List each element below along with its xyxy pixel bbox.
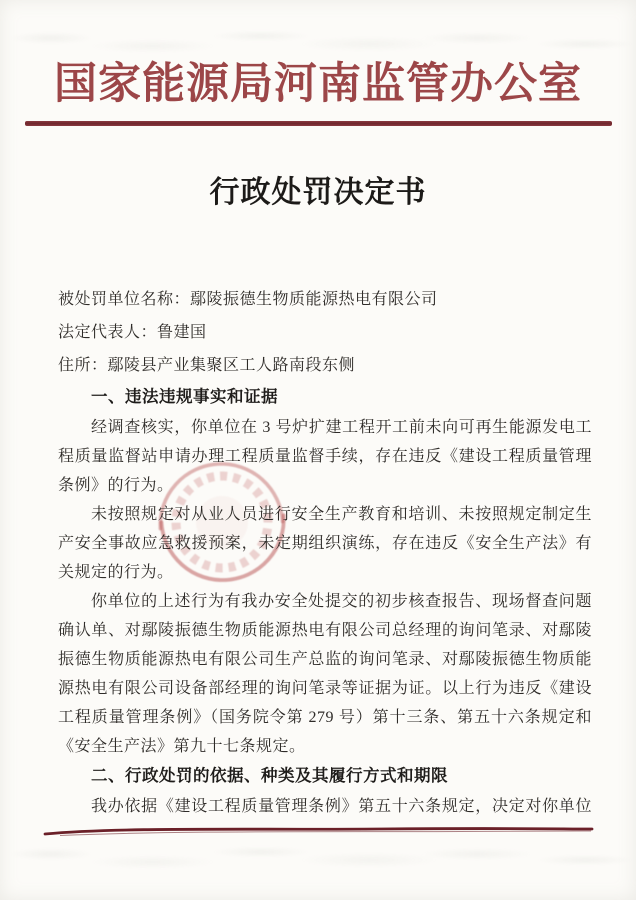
issuing-office-header: 国家能源局河南监管办公室: [0, 60, 636, 110]
document-line: 《安全生产法》第九十七条规定。: [58, 732, 592, 761]
red-header-rule: [25, 121, 612, 126]
document-line: 源热电有限公司设备部经理的询问笔录等证据为证。以上行为违反《建设: [58, 674, 592, 703]
footer-red-rule: [0, 822, 636, 838]
document-title: 行政处罚决定书: [0, 176, 636, 210]
document-body: 被处罚单位名称：鄢陵振德生物质能源热电有限公司法定代表人：鲁建国住所：鄢陵县产业…: [58, 283, 592, 821]
scan-bleedthrough-top: [0, 22, 636, 62]
document-line: 我办依据《建设工程质量管理条例》第五十六条规定，决定对你单位: [58, 792, 592, 821]
document-line: 条例》的行为。: [58, 471, 592, 500]
document-line: 被处罚单位名称：鄢陵振德生物质能源热电有限公司: [58, 283, 592, 316]
document-line: 工程质量管理条例》（国务院令第 279 号）第十三条、第五十六条规定和: [58, 703, 592, 732]
document-line: 未按照规定对从业人员进行安全生产教育和培训、未按照规定制定生: [58, 500, 592, 529]
document-line: 产安全事故应急救援预案，未定期组织演练，存在违反《安全生产法》有: [58, 529, 592, 558]
document-line: 程质量监督站申请办理工程质量监督手续，存在违反《建设工程质量管理: [58, 442, 592, 471]
document-line: 你单位的上述行为有我办安全处提交的初步核查报告、现场督查问题: [58, 587, 592, 616]
section-heading: 二、行政处罚的依据、种类及其履行方式和期限: [58, 761, 592, 792]
document-line: 经调查核实，你单位在 3 号炉扩建工程开工前未向可再生能源发电工: [58, 413, 592, 442]
document-line: 确认单、对鄢陵振德生物质能源热电有限公司总经理的询问笔录、对鄢陵: [58, 616, 592, 645]
scan-bleedthrough-bottom: [0, 838, 636, 878]
document-line: 住所：鄢陵县产业集聚区工人路南段东侧: [58, 349, 592, 382]
document-line: 振德生物质能源热电有限公司生产总监的询问笔录、对鄢陵振德生物质能: [58, 645, 592, 674]
section-heading: 一、违法违规事实和证据: [58, 382, 592, 413]
scanned-document-page: 国家能源局河南监管办公室 行政处罚决定书 被处罚单位名称：鄢陵振德生物质能源热电…: [0, 0, 636, 900]
document-line: 法定代表人：鲁建国: [58, 316, 592, 349]
document-line: 关规定的行为。: [58, 558, 592, 587]
